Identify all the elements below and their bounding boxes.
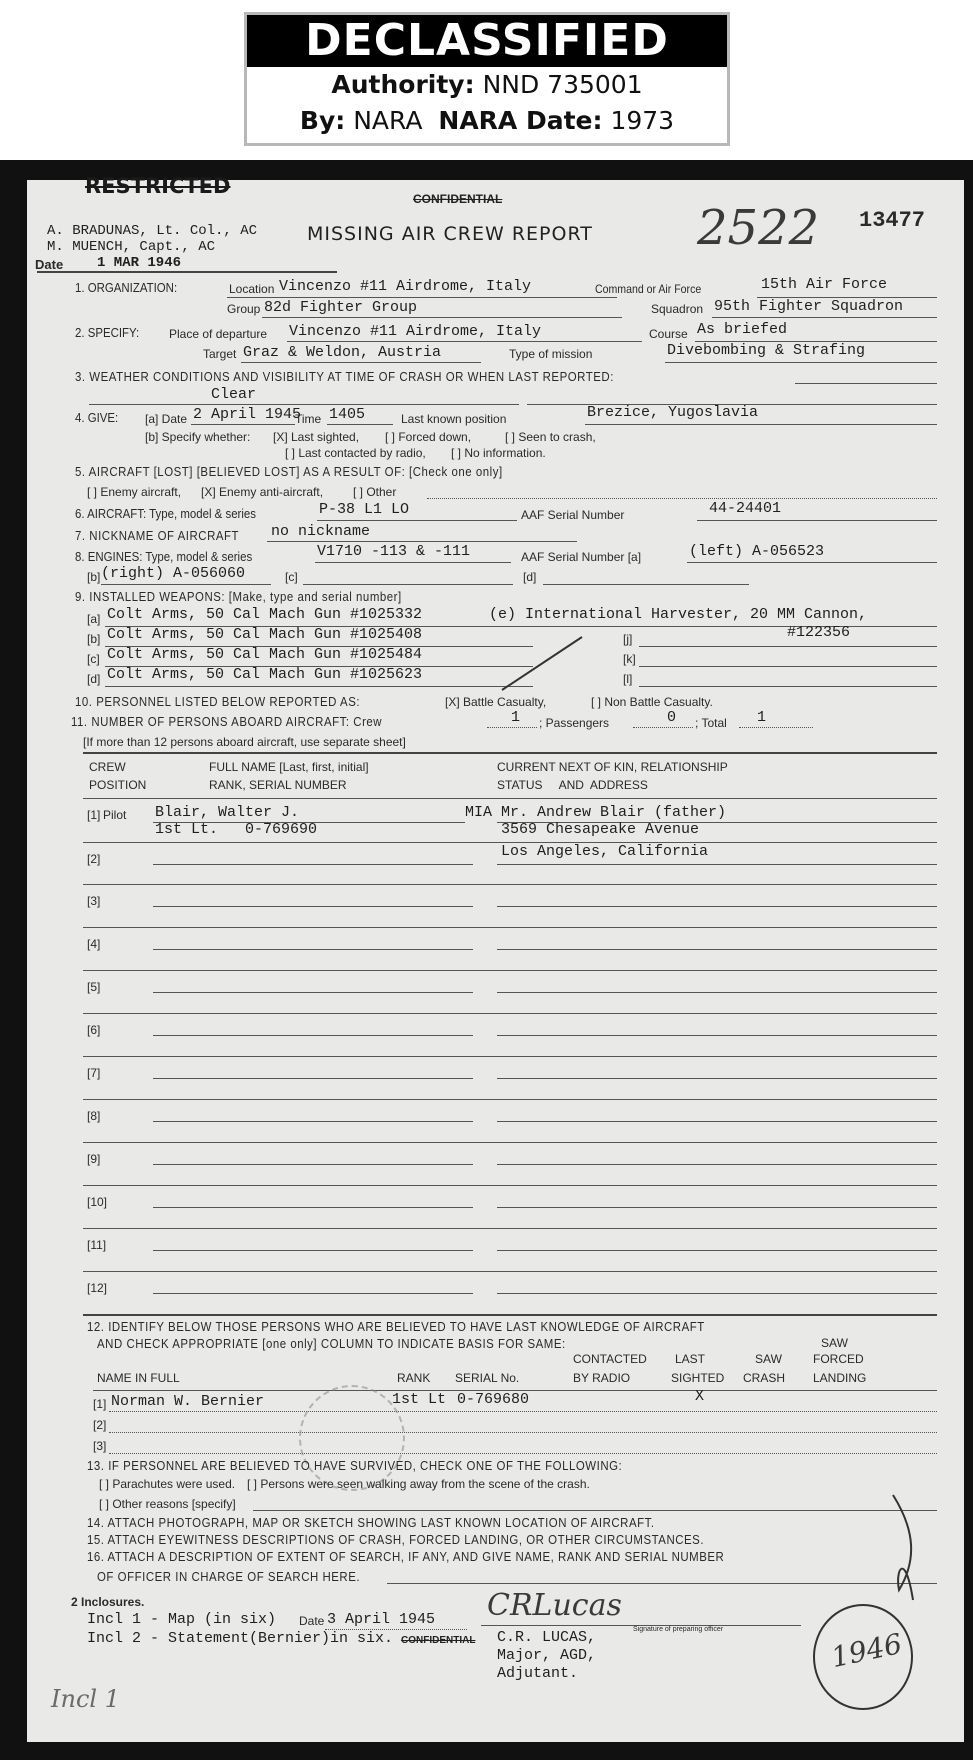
s2-course-label: Course: [649, 327, 688, 341]
restricted-stamp: RESTRICTED: [85, 174, 230, 198]
witness-line: [109, 1453, 937, 1454]
s12-header-radio-b: BY RADIO: [573, 1371, 630, 1385]
crew-row-num: [3]: [87, 894, 100, 908]
s2-mission: Divebombing & Strafing: [667, 342, 865, 359]
crew-row-rule: [83, 1099, 937, 1100]
handwritten-number: 2522: [697, 200, 819, 256]
crew-kin-line: [497, 864, 937, 865]
crew-header-kin: CURRENT NEXT OF KIN, RELATIONSHIP: [497, 760, 728, 774]
s4-opt-forced-down[interactable]: [ ] Forced down,: [385, 430, 471, 444]
s4-specify-label: [b] Specify whether:: [145, 430, 250, 444]
inclosure-1: Incl 1 - Map (in six): [87, 1611, 276, 1628]
crew-kin-line: [497, 1121, 937, 1122]
s1-location-label: Location: [229, 282, 274, 296]
s9-weapon-c: Colt Arms, 50 Cal Mach Gun #1025484: [107, 646, 422, 663]
s9-tag-d: [d]: [87, 672, 100, 686]
declassified-stamp: DECLASSIFIED Authority: NND 735001 By: N…: [244, 12, 730, 146]
officer-name: C.R. LUCAS,: [497, 1629, 596, 1646]
s11-passengers: 0: [667, 709, 676, 726]
crew-kin-line: [497, 1164, 937, 1165]
s7-line: [267, 541, 577, 542]
s12-header-forced-a: SAW: [821, 1336, 848, 1350]
s4-position: Brezice, Yugoslavia: [587, 404, 758, 421]
witness-line: [109, 1432, 937, 1433]
s11-total: 1: [757, 709, 766, 726]
crew-name-line: [153, 1078, 473, 1079]
s8-c-label: [c]: [285, 570, 298, 584]
s9-weapon-d: Colt Arms, 50 Cal Mach Gun #1025623: [107, 666, 422, 683]
handwritten-initials-mark: [885, 1490, 925, 1610]
s5-opt-anti-aircraft[interactable]: [X] Enemy anti-aircraft,: [201, 485, 323, 499]
s13-label: 13. IF PERSONNEL ARE BELIEVED TO HAVE SU…: [87, 1458, 622, 1473]
s12-header-crash-b: CRASH: [743, 1371, 785, 1385]
s10-battle[interactable]: [X] Battle Casualty,: [445, 695, 546, 709]
s1-group-label: Group: [227, 302, 260, 316]
s2-mission-line: [665, 362, 937, 363]
s12-header-serial: SERIAL No.: [455, 1371, 519, 1385]
s5-opt-other[interactable]: [ ] Other: [353, 485, 396, 499]
auth-date-label: Date: [35, 257, 63, 272]
crew-row-num: [10]: [87, 1195, 107, 1209]
s3-line-a: [795, 383, 937, 384]
footer-date: 3 April 1945: [327, 1611, 435, 1628]
s1-location: Vincenzo #11 Airdrome, Italy: [279, 278, 531, 295]
crew-kin-line: [497, 1078, 937, 1079]
signature-caption: Signature of preparing officer: [633, 1626, 723, 1633]
s1-squadron: 95th Fighter Squadron: [714, 298, 903, 315]
s9-l-label: [l]: [623, 672, 632, 686]
crew-name-line: [153, 1207, 473, 1208]
crew-address-2: Los Angeles, California: [501, 843, 708, 860]
crew-kin-line: [497, 1035, 937, 1036]
s9-d-line: [105, 686, 533, 687]
s8-a-line: [687, 562, 937, 563]
crew-row-rule: [83, 1271, 937, 1272]
report-title: MISSING AIR CREW REPORT: [307, 223, 593, 245]
s14-text: 14. ATTACH PHOTOGRAPH, MAP OR SKETCH SHO…: [87, 1515, 655, 1530]
s12-header-name: NAME IN FULL: [97, 1371, 180, 1385]
s15-text: 15. ATTACH EYEWITNESS DESCRIPTIONS OF CR…: [87, 1532, 704, 1547]
s5-opt-enemy-aircraft[interactable]: [ ] Enemy aircraft,: [87, 485, 181, 499]
crew-table-bottom-rule: [83, 1314, 937, 1316]
footer-date-label: Date: [299, 1614, 324, 1628]
declassified-title: DECLASSIFIED: [247, 15, 727, 67]
s9-weapon-b: Colt Arms, 50 Cal Mach Gun #1025408: [107, 626, 422, 643]
s12-header-radio-a: CONTACTED: [573, 1352, 647, 1366]
s4-time-line: [327, 424, 393, 425]
witness-rank: 1st Lt: [392, 1391, 446, 1408]
s2-target-line: [241, 362, 481, 363]
s4-opt-no-info[interactable]: [ ] No information.: [451, 446, 546, 460]
s7-nickname: no nickname: [271, 523, 370, 540]
crew-header-name: FULL NAME [Last, first, initial]: [209, 760, 369, 774]
s11-total-label: ; Total: [695, 716, 727, 730]
crew-kin-line: [497, 1250, 937, 1251]
s12-line2: AND CHECK APPROPRIATE [one only] COLUMN …: [97, 1336, 566, 1351]
s3-line-b: [89, 404, 519, 405]
s13-opt-other[interactable]: [ ] Other reasons [specify]: [99, 1497, 236, 1511]
crew-row-rule: [83, 970, 937, 971]
crew-name-line: [153, 906, 473, 907]
s2-target: Graz & Weldon, Austria: [243, 344, 441, 361]
s12-header-sighted-b: SIGHTED: [671, 1371, 724, 1385]
report-number: 13477: [859, 208, 925, 233]
authority-officer-2: M. MUENCH, Capt., AC: [47, 239, 215, 255]
s11-total-line: [739, 727, 813, 728]
crew-row-rule: [83, 1228, 937, 1229]
s9-tag-c: [c]: [87, 652, 100, 666]
authority-officer-1: A. BRADUNAS, Lt. Col., AC: [47, 223, 257, 239]
crew-row-num: [7]: [87, 1066, 100, 1080]
s6-type-line: [317, 520, 517, 521]
crew-address-1: 3569 Chesapeake Avenue: [501, 821, 699, 838]
s12-header-rank: RANK: [397, 1371, 430, 1385]
s8-serial-b: (right) A-056060: [101, 565, 245, 582]
s9-k-line: [639, 666, 937, 667]
s1-label: 1. ORGANIZATION:: [75, 280, 177, 295]
crew-kin-line: [497, 992, 937, 993]
s11-label: 11. NUMBER OF PERSONS ABOARD AIRCRAFT: C…: [71, 714, 382, 729]
crew-header-rank: RANK, SERIAL NUMBER: [209, 778, 347, 792]
s4-date-label: [a] Date: [145, 412, 187, 426]
s10-label: 10. PERSONNEL LISTED BELOW REPORTED AS:: [75, 694, 360, 709]
crew-row-rule: [83, 927, 937, 928]
s4-date: 2 April 1945: [193, 406, 301, 423]
officer-title: Adjutant.: [497, 1665, 578, 1682]
s1-command-label: Command or Air Force: [595, 282, 701, 296]
header-rule: [37, 271, 337, 273]
margin-note: Incl 1: [51, 1685, 120, 1713]
crew-name-line: [153, 1250, 473, 1251]
crew-name: Blair, Walter J.: [155, 804, 299, 821]
s8-type: V1710 -113 & -111: [317, 543, 470, 560]
s12-header-forced-b: FORCED: [813, 1352, 864, 1366]
s8-serial-a: (left) A-056523: [689, 543, 824, 560]
s2-course: As briefed: [697, 321, 787, 338]
s9-k-label: [k]: [623, 652, 636, 666]
s11-note: [If more than 12 persons aboard aircraft…: [83, 735, 406, 749]
s4-date-line: [191, 424, 295, 425]
crew-name-line: [153, 1035, 473, 1036]
s5-other-line: [427, 498, 937, 499]
s3-weather: Clear: [211, 386, 256, 403]
s8-label: 8. ENGINES: Type, model & series: [75, 549, 252, 564]
s11-passengers-label: ; Passengers: [539, 716, 609, 730]
crew-row-num: [12]: [87, 1281, 107, 1295]
s9-weapon-e: (e) International Harvester, 20 MM Canno…: [489, 606, 867, 623]
s1-group: 82d Fighter Group: [264, 299, 417, 316]
s13-opt-parachutes[interactable]: [ ] Parachutes were used.: [99, 1477, 235, 1491]
s12-line1: 12. IDENTIFY BELOW THOSE PERSONS WHO ARE…: [87, 1319, 705, 1334]
crew-row-rule: [83, 1185, 937, 1186]
s9-tag-a: [a]: [87, 612, 100, 626]
s11-crew: 1: [511, 709, 520, 726]
s8-d-label: [d]: [523, 570, 536, 584]
crew-header-position: POSITION: [89, 778, 146, 792]
pen-slash-mark: [497, 635, 587, 695]
crew-header-rule: [83, 798, 937, 799]
s1-location-line: [227, 297, 617, 298]
auth-date: 1 MAR 1946: [97, 255, 181, 271]
s10-non-battle[interactable]: [ ] Non Battle Casualty.: [591, 695, 713, 709]
s2-mission-label: Type of mission: [509, 347, 592, 361]
crew-name-line: [153, 1164, 473, 1165]
crew-row-num: [8]: [87, 1109, 100, 1123]
s4-time-label: Time: [295, 412, 321, 426]
s4-position-line: [585, 424, 937, 425]
crew-row-num: [9]: [87, 1152, 100, 1166]
s6-label: 6. AIRCRAFT: Type, model & series: [75, 506, 256, 521]
crew-row-num: [11]: [87, 1238, 106, 1252]
crew-row-rule: [83, 1056, 937, 1057]
s6-serial-line: [697, 520, 937, 521]
crew-name-line: [153, 864, 473, 865]
crew-kin-line: [497, 1207, 937, 1208]
authority-line: Authority: NND 735001: [247, 67, 727, 103]
witness-num: [2]: [93, 1418, 106, 1432]
s9-l-line: [639, 686, 937, 687]
crew-status: MIA: [465, 804, 492, 821]
s1-group-line: [262, 317, 622, 318]
s6-serial: 44-24401: [709, 500, 781, 517]
s16-line: [387, 1583, 937, 1584]
s1-command: 15th Air Force: [761, 276, 887, 293]
officer-rank: Major, AGD,: [497, 1647, 596, 1664]
missing-air-crew-report-form: RESTRICTED CONFIDENTIAL A. BRADUNAS, Lt.…: [27, 180, 964, 1742]
crew-row-num: [6]: [87, 1023, 100, 1037]
crew-kin: Mr. Andrew Blair (father): [501, 804, 726, 821]
s9-j-label: [j]: [623, 632, 632, 646]
s4-time: 1405: [329, 406, 365, 423]
s8-c-line: [303, 584, 513, 585]
officer-signature: CRLucas: [487, 1588, 622, 1623]
s13-other-line: [253, 1510, 937, 1511]
witness-num: [3]: [93, 1439, 106, 1453]
crew-name-line: [153, 949, 473, 950]
s6-serial-label: AAF Serial Number: [521, 508, 624, 522]
crew-row-num: [1]: [87, 808, 100, 822]
crew-position: Pilot: [103, 808, 126, 822]
s11-crew-line: [487, 727, 537, 728]
crew-row-rule: [83, 884, 937, 885]
s1-squadron-label: Squadron: [651, 302, 703, 316]
official-seal-stamp: [299, 1385, 405, 1491]
s12-header-sighted-a: LAST: [675, 1352, 705, 1366]
crew-rank-serial: 1st Lt. 0-769690: [155, 821, 317, 838]
s8-serial-label: AAF Serial Number [a]: [521, 550, 641, 564]
crew-table-top-rule: [83, 752, 937, 754]
s4-opt-radio[interactable]: [ ] Last contacted by radio,: [285, 446, 426, 460]
s4-opt-last-sighted[interactable]: [X] Last sighted,: [273, 430, 359, 444]
inclosures-count: 2 Inclosures.: [71, 1595, 144, 1609]
crew-kin-line: [497, 949, 937, 950]
s9-weapon-j: #122356: [787, 624, 850, 641]
witness-num: [1]: [93, 1397, 106, 1411]
s12-header-crash-a: SAW: [755, 1352, 782, 1366]
witness-last-sighted-mark: X: [695, 1388, 704, 1405]
s1-squadron-line: [712, 317, 937, 318]
s4-label: 4. GIVE:: [75, 410, 118, 425]
s9-tag-b: [b]: [87, 632, 100, 646]
s8-d-line: [543, 584, 749, 585]
s16-line2: OF OFFICER IN CHARGE OF SEARCH HERE.: [97, 1569, 360, 1584]
witness-name: Norman W. Bernier: [111, 1393, 264, 1410]
confidential-mark: CONFIDENTIAL: [413, 192, 502, 206]
s3-label: 3. WEATHER CONDITIONS AND VISIBILITY AT …: [75, 369, 614, 384]
s12-header-forced-c: LANDING: [813, 1371, 866, 1385]
s4-opt-seen-crash[interactable]: [ ] Seen to crash,: [505, 430, 596, 444]
s9-j-line: [639, 646, 937, 647]
s5-label: 5. AIRCRAFT [LOST] [BELIEVED LOST] AS A …: [75, 464, 503, 479]
s13-opt-walking[interactable]: [ ] Persons were seen walking away from …: [247, 1477, 590, 1491]
witness-line: [109, 1411, 937, 1412]
crew-header-crew: CREW: [89, 760, 126, 774]
crew-row-num: [4]: [87, 937, 100, 951]
footer-confidential: CONFIDENTIAL: [401, 1635, 475, 1646]
s8-b-label: [b]: [87, 570, 100, 584]
crew-row-num: [5]: [87, 980, 100, 994]
crew-row-rule: [83, 1142, 937, 1143]
crew-name-line: [153, 992, 473, 993]
s7-label: 7. NICKNAME OF AIRCRAFT: [75, 528, 239, 543]
s6-type: P-38 L1 LO: [319, 501, 409, 518]
s2-departure-label: Place of departure: [169, 327, 267, 341]
s9-weapon-a: Colt Arms, 50 Cal Mach Gun #1025332: [107, 606, 422, 623]
inclosure-2: Incl 2 - Statement(Bernier)in six.: [87, 1630, 393, 1647]
crew-row-num: [2]: [87, 852, 100, 866]
crew-name-line: [153, 1121, 473, 1122]
s4-position-label: Last known position: [401, 412, 506, 426]
s2-departure-line: [287, 341, 642, 342]
crew-header-status: STATUS AND ADDRESS: [497, 778, 648, 792]
s2-departure: Vincenzo #11 Airdrome, Italy: [289, 323, 541, 340]
nara-line: By: NARA NARA Date: 1973: [247, 103, 727, 139]
s11-passengers-line: [633, 727, 693, 728]
s9-label: 9. INSTALLED WEAPONS: [Make, type and se…: [75, 589, 402, 604]
crew-name-line: [153, 1293, 473, 1294]
s16-line1: 16. ATTACH A DESCRIPTION OF EXTENT OF SE…: [87, 1549, 724, 1564]
crew-kin-line: [497, 906, 937, 907]
witness-serial: 0-769680: [457, 1391, 529, 1408]
crew-kin-line: [497, 1293, 937, 1294]
s8-b-line: [101, 584, 271, 585]
s8-type-line: [315, 562, 511, 563]
s2-target-label: Target: [203, 347, 236, 361]
s2-label: 2. SPECIFY:: [75, 325, 139, 340]
crew-row-rule: [83, 1013, 937, 1014]
